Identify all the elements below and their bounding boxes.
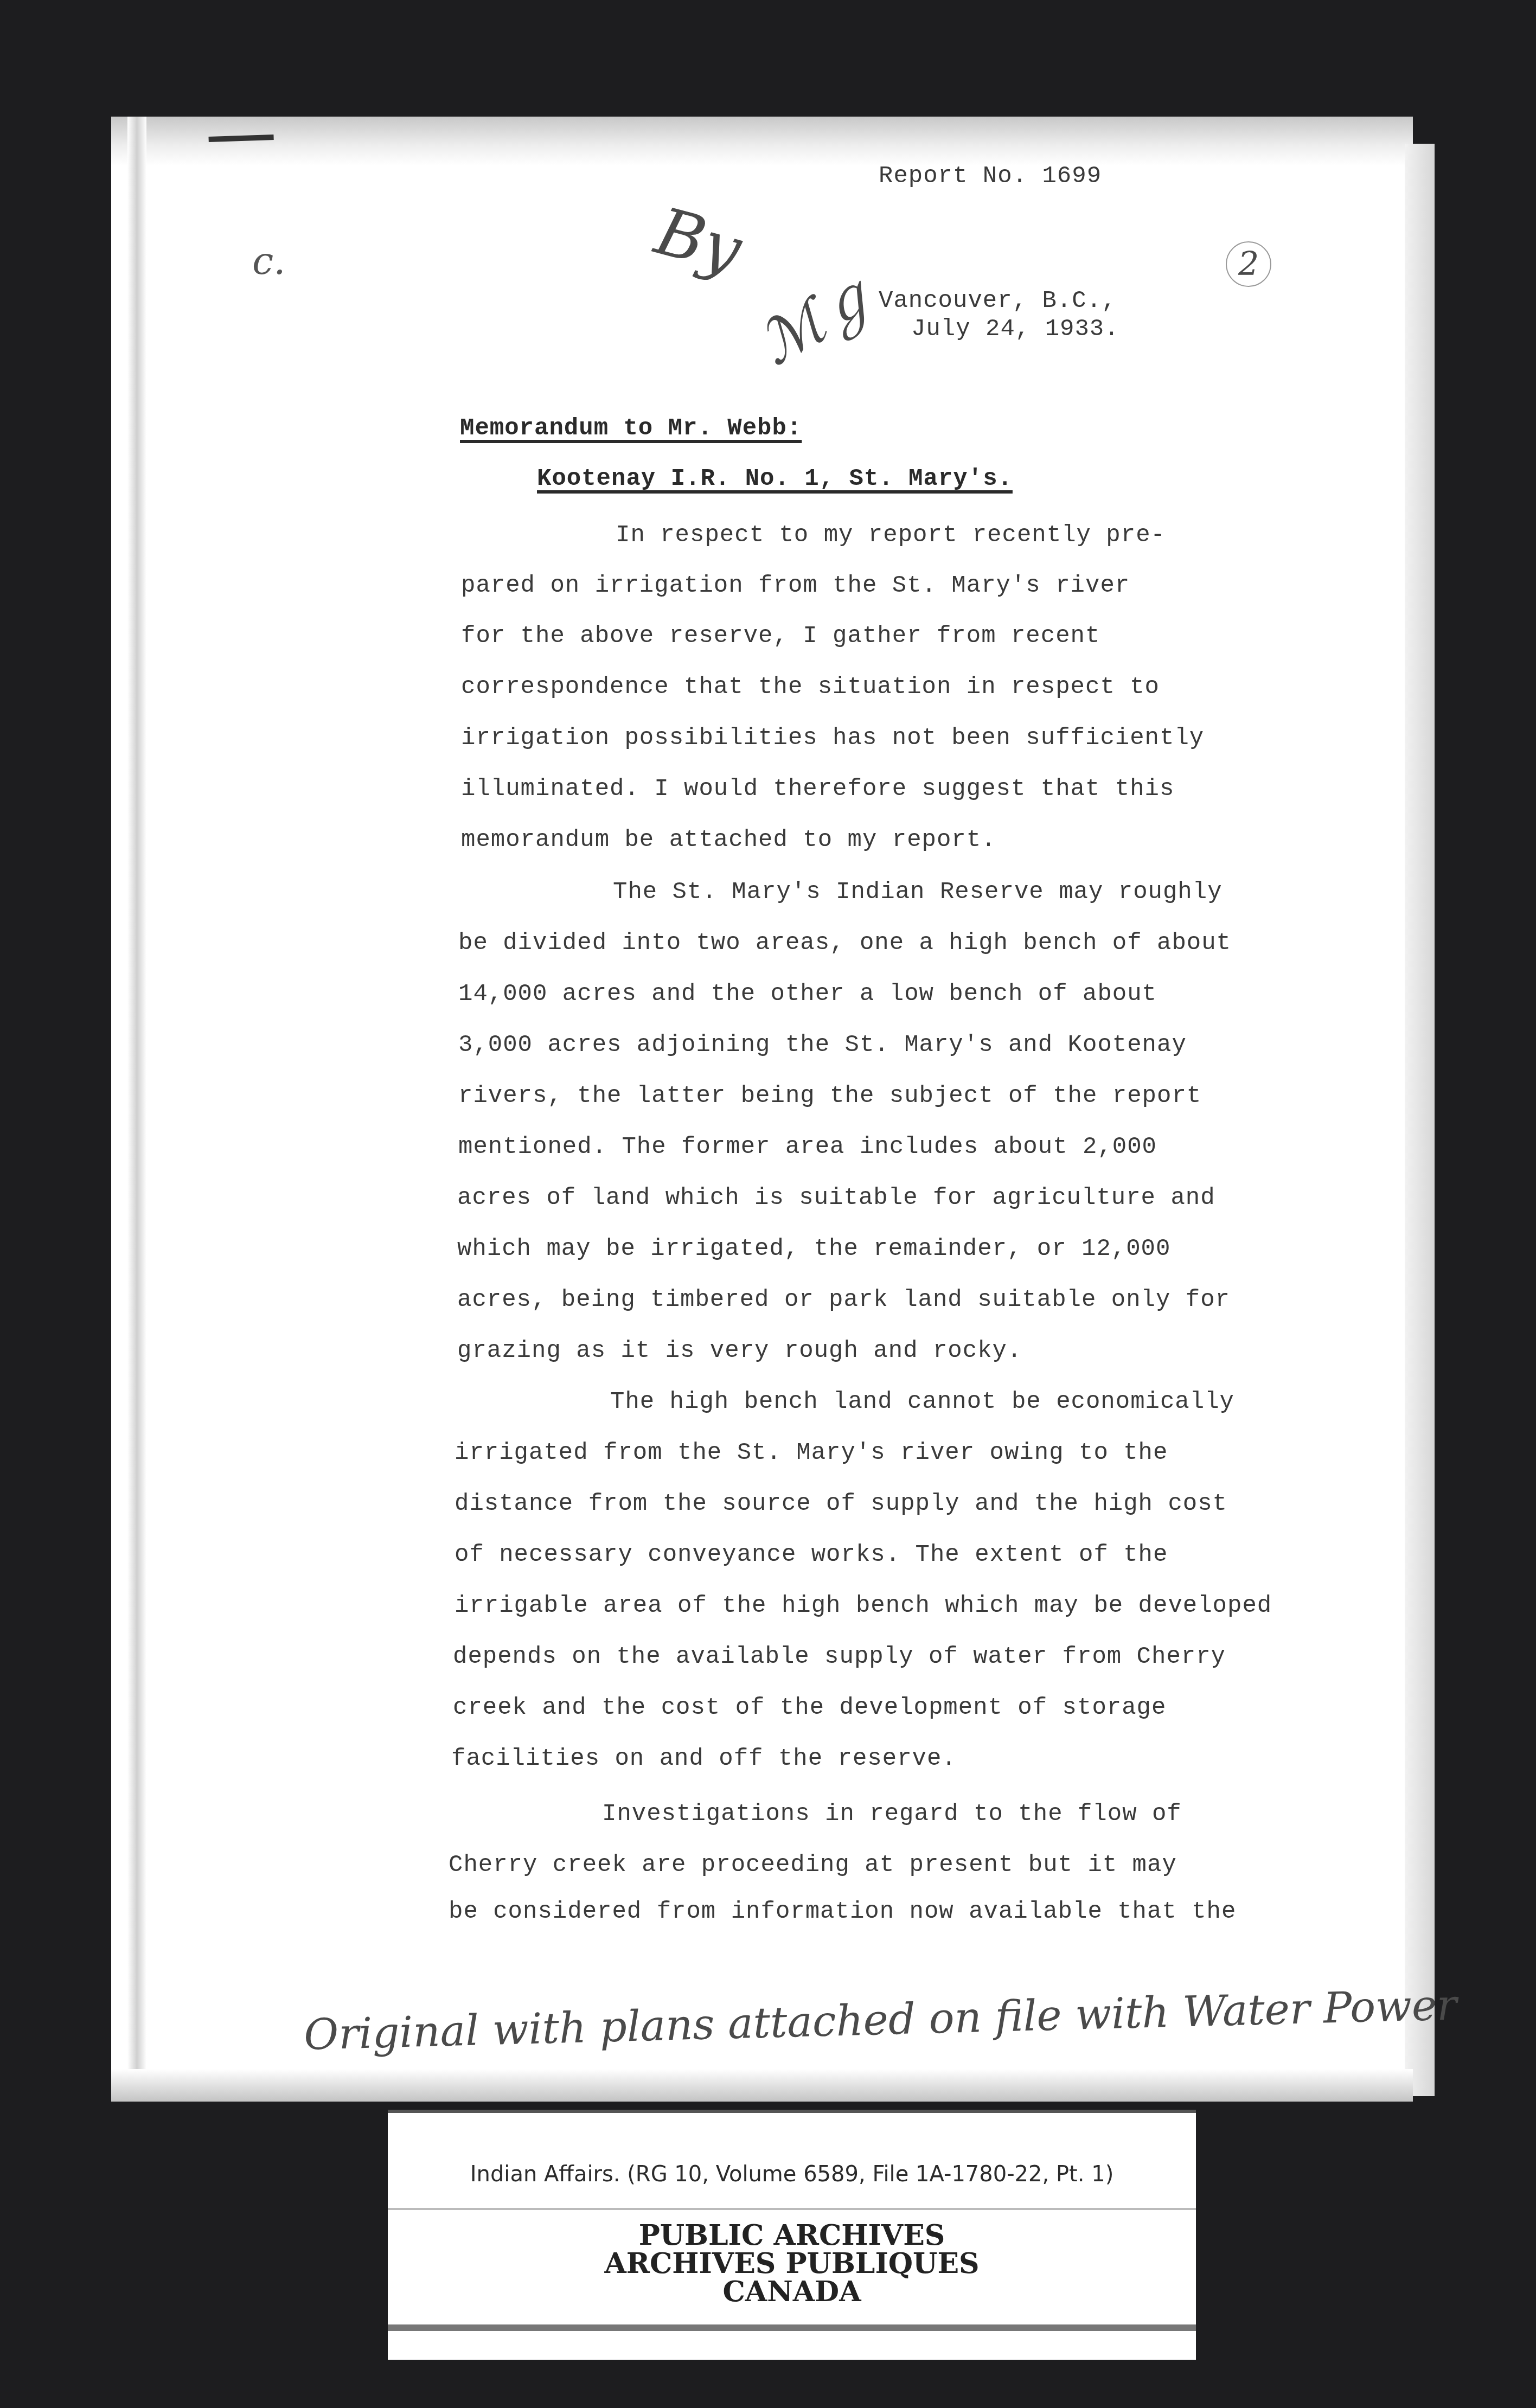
page-top-shadow [111, 117, 1413, 165]
body-line: rivers, the latter being the subject of … [458, 1083, 1201, 1110]
body-line: irrigated from the St. Mary's river owin… [455, 1439, 1168, 1466]
body-line: creek and the cost of the development of… [453, 1694, 1166, 1721]
body-line: irrigation possibilities has not been su… [461, 725, 1204, 752]
location: Vancouver, B.C., [879, 287, 1116, 315]
corner-pen-mark [208, 135, 274, 154]
body-line: for the above reserve, I gather from rec… [461, 623, 1100, 650]
body-line: The St. Mary's Indian Reserve may roughl… [613, 879, 1223, 906]
memo-heading: Memorandum to Mr. Webb: [460, 415, 802, 442]
body-line: distance from the source of supply and t… [455, 1490, 1227, 1517]
stamp-line-country: CANADA [388, 2278, 1196, 2306]
body-line: mentioned. The former area includes abou… [458, 1133, 1157, 1161]
page-left-fold [127, 117, 146, 2102]
body-line: depends on the available supply of water… [453, 1643, 1226, 1670]
margin-mark: c. [252, 239, 285, 283]
body-line: acres, being timbered or park land suita… [457, 1286, 1230, 1314]
body-line: Investigations in regard to the flow of [602, 1801, 1182, 1828]
label-bottom-edge [388, 2324, 1196, 2331]
stamp-line-french: ARCHIVES PUBLIQUES [388, 2250, 1196, 2278]
stamp-line-english: PUBLIC ARCHIVES [388, 2221, 1196, 2250]
body-line: 14,000 acres and the other a low bench o… [458, 981, 1157, 1008]
body-line: irrigable area of the high bench which m… [455, 1592, 1272, 1619]
body-line: be divided into two areas, one a high be… [458, 930, 1231, 957]
body-line: Cherry creek are proceeding at present b… [449, 1852, 1177, 1879]
body-line: grazing as it is very rough and rocky. [457, 1337, 1022, 1365]
page-bottom-shadow [111, 2069, 1413, 2102]
body-line: pared on irrigation from the St. Mary's … [461, 572, 1130, 599]
archive-stamp: PUBLIC ARCHIVES ARCHIVES PUBLIQUES CANAD… [388, 2221, 1196, 2306]
body-line: illuminated. I would therefore suggest t… [461, 776, 1174, 803]
archive-label: Indian Affairs. (RG 10, Volume 6589, Fil… [388, 2110, 1196, 2360]
archive-reference: Indian Affairs. (RG 10, Volume 6589, Fil… [388, 2162, 1196, 2187]
body-line: In respect to my report recently pre- [616, 522, 1166, 549]
body-line: memorandum be attached to my report. [461, 827, 996, 854]
body-line: acres of land which is suitable for agri… [457, 1184, 1215, 1212]
circled-page-number: 2 [1226, 241, 1271, 287]
body-line: which may be irrigated, the remainder, o… [457, 1235, 1170, 1263]
memo-subheading: Kootenay I.R. No. 1, St. Mary's. [537, 465, 1013, 492]
body-line: 3,000 acres adjoining the St. Mary's and… [458, 1032, 1187, 1059]
body-line: of necessary conveyance works. The exten… [455, 1541, 1168, 1568]
date: July 24, 1933. [911, 316, 1119, 343]
label-divider [388, 2208, 1196, 2210]
body-line: be considered from information now avail… [449, 1898, 1236, 1925]
body-line: correspondence that the situation in res… [461, 674, 1160, 701]
body-line: The high bench land cannot be economical… [610, 1388, 1234, 1416]
report-number: Report No. 1699 [879, 163, 1102, 190]
body-line: facilities on and off the reserve. [451, 1745, 957, 1772]
page-right-edge [1405, 144, 1435, 2096]
